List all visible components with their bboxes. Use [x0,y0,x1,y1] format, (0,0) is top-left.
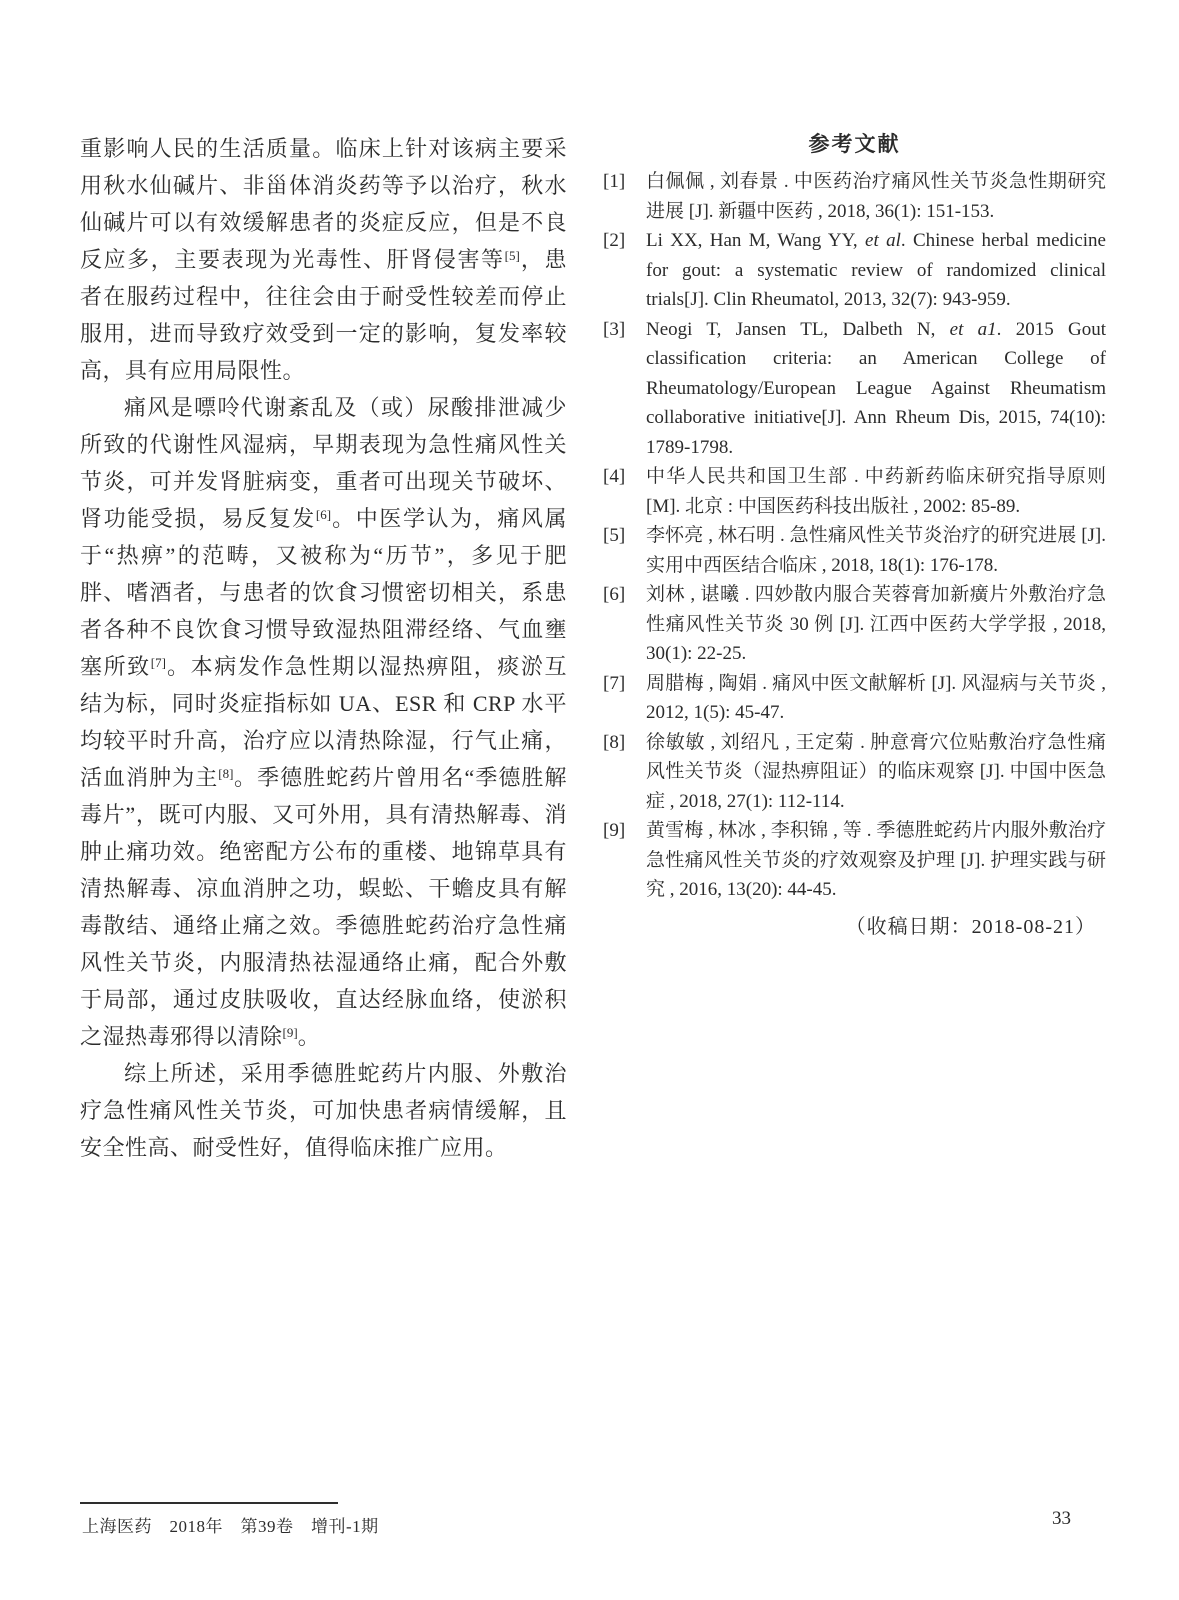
references-list: [1]白佩佩 , 刘春景 . 中医药治疗痛风性关节炎急性期研究进展 [J]. 新… [603,167,1106,905]
text-run: 综上所述，采用季德胜蛇药片内服、外敷治疗急性痛风性关节炎，可加快患者病情缓解，且… [80,1061,567,1160]
reference-number: [3] [603,315,646,463]
two-column-layout: 重影响人民的生活质量。临床上针对该病主要采用秋水仙碱片、非甾体消炎药等予以治疗，… [80,130,1106,1166]
reference-text: 刘林 , 谌曦 . 四妙散内服合芙蓉膏加新癀片外敷治疗急性痛风性关节炎 30 例… [646,580,1106,669]
reference-number: [8] [603,728,646,817]
reference-item: [7]周腊梅 , 陶娟 . 痛风中医文献解析 [J]. 风湿病与关节炎 , 20… [603,669,1106,728]
text-run: Li XX, Han M, Wang YY, [646,230,865,251]
footer-rule [80,1502,338,1504]
citation-superscript: [8] [218,766,233,781]
reference-number: [1] [603,167,646,226]
reference-number: [2] [603,226,646,315]
reference-text: 白佩佩 , 刘春景 . 中医药治疗痛风性关节炎急性期研究进展 [J]. 新疆中医… [646,167,1106,226]
journal-page: 重影响人民的生活质量。临床上针对该病主要采用秋水仙碱片、非甾体消炎药等予以治疗，… [0,0,1179,1600]
journal-footer-line: 上海医药 2018年 第39卷 增刊-1期 [82,1512,379,1537]
citation-superscript: [6] [316,507,331,522]
text-run: 黄雪梅 , 林冰 , 李积锦 , 等 . 季德胜蛇药片内服外敷治疗急性痛风性关节… [646,820,1106,900]
text-run: 重影响人民的生活质量。临床上针对该病主要采用秋水仙碱片、非甾体消炎药等予以治疗，… [80,136,567,272]
reference-text: 周腊梅 , 陶娟 . 痛风中医文献解析 [J]. 风湿病与关节炎 , 2012,… [646,669,1106,728]
reference-number: [9] [603,816,646,905]
citation-superscript: [5] [505,248,520,263]
page-number: 33 [1052,1508,1071,1530]
body-paragraph: 痛风是嘌呤代谢紊乱及（或）尿酸排泄减少所致的代谢性风湿病，早期表现为急性痛风性关… [80,389,567,1055]
text-run: 刘林 , 谌曦 . 四妙散内服合芙蓉膏加新癀片外敷治疗急性痛风性关节炎 30 例… [646,584,1106,664]
reference-number: [6] [603,580,646,669]
text-run: 。季德胜蛇药片曾用名“季德胜解毒片”，既可内服、又可外用，具有清热解毒、消肿止痛… [80,765,567,1049]
text-run: 徐敏敏 , 刘绍凡 , 王定菊 . 肿意膏穴位贴敷治疗急性痛风性关节炎（湿热痹阻… [646,732,1106,812]
italic-text: et al [865,230,901,251]
text-run: 李怀亮 , 林石明 . 急性痛风性关节炎治疗的研究进展 [J]. 实用中西医结合… [646,525,1106,576]
text-run: 白佩佩 , 刘春景 . 中医药治疗痛风性关节炎急性期研究进展 [J]. 新疆中医… [646,171,1106,222]
text-run: Neogi T, Jansen TL, Dalbeth N, [646,319,950,340]
reference-item: [9]黄雪梅 , 林冰 , 李积锦 , 等 . 季德胜蛇药片内服外敷治疗急性痛风… [603,816,1106,905]
reference-item: [8]徐敏敏 , 刘绍凡 , 王定菊 . 肿意膏穴位贴敷治疗急性痛风性关节炎（湿… [603,728,1106,817]
reference-item: [5]李怀亮 , 林石明 . 急性痛风性关节炎治疗的研究进展 [J]. 实用中西… [603,521,1106,580]
references-title: 参考文献 [603,130,1106,160]
received-date: （收稿日期：2018-08-21） [603,913,1106,943]
reference-text: 李怀亮 , 林石明 . 急性痛风性关节炎治疗的研究进展 [J]. 实用中西医结合… [646,521,1106,580]
reference-text: 中华人民共和国卫生部 . 中药新药临床研究指导原则 [M]. 北京 : 中国医药… [646,462,1106,521]
body-paragraph: 综上所述，采用季德胜蛇药片内服、外敷治疗急性痛风性关节炎，可加快患者病情缓解，且… [80,1055,567,1166]
reference-text: Li XX, Han M, Wang YY, et al. Chinese he… [646,226,1106,315]
reference-item: [3]Neogi T, Jansen TL, Dalbeth N, et a1.… [603,315,1106,463]
reference-number: [5] [603,521,646,580]
text-run: 中华人民共和国卫生部 . 中药新药临床研究指导原则 [M]. 北京 : 中国医药… [646,466,1106,517]
reference-text: Neogi T, Jansen TL, Dalbeth N, et a1. 20… [646,315,1106,463]
reference-item: [4]中华人民共和国卫生部 . 中药新药临床研究指导原则 [M]. 北京 : 中… [603,462,1106,521]
reference-text: 黄雪梅 , 林冰 , 李积锦 , 等 . 季德胜蛇药片内服外敷治疗急性痛风性关节… [646,816,1106,905]
italic-text: et a1 [950,319,997,340]
citation-superscript: [9] [283,1025,298,1040]
reference-text: 徐敏敏 , 刘绍凡 , 王定菊 . 肿意膏穴位贴敷治疗急性痛风性关节炎（湿热痹阻… [646,728,1106,817]
reference-item: [6]刘林 , 谌曦 . 四妙散内服合芙蓉膏加新癀片外敷治疗急性痛风性关节炎 3… [603,580,1106,669]
text-run: 周腊梅 , 陶娟 . 痛风中医文献解析 [J]. 风湿病与关节炎 , 2012,… [646,673,1106,724]
reference-item: [1]白佩佩 , 刘春景 . 中医药治疗痛风性关节炎急性期研究进展 [J]. 新… [603,167,1106,226]
reference-number: [7] [603,669,646,728]
citation-superscript: [7] [151,655,166,670]
article-body-column: 重影响人民的生活质量。临床上针对该病主要采用秋水仙碱片、非甾体消炎药等予以治疗，… [80,130,567,1166]
text-run: 。 [298,1024,321,1049]
reference-number: [4] [603,462,646,521]
reference-item: [2]Li XX, Han M, Wang YY, et al. Chinese… [603,226,1106,315]
body-paragraph: 重影响人民的生活质量。临床上针对该病主要采用秋水仙碱片、非甾体消炎药等予以治疗，… [80,130,567,389]
references-column: 参考文献 [1]白佩佩 , 刘春景 . 中医药治疗痛风性关节炎急性期研究进展 [… [603,130,1106,942]
